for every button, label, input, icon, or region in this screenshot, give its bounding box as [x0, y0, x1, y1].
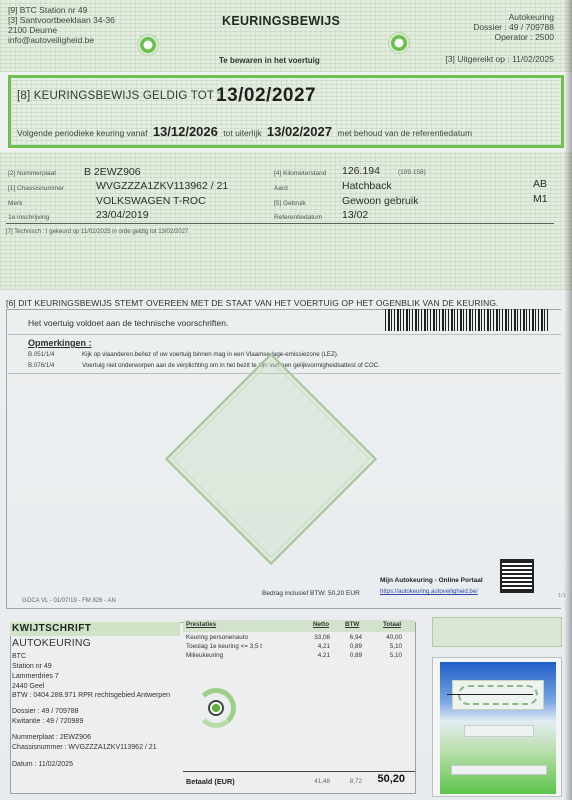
fee-name: Toeslag 1e keuring <= 3,5 t — [186, 643, 262, 650]
chassis-label: [1] Chassisnummer — [8, 185, 64, 192]
body-type-label: Aard — [274, 185, 288, 192]
conformity-result: Het voertuig voldoet aan de technische v… — [28, 318, 228, 328]
receipt-kwitantie: Kwitantie : 49 / 720989 — [12, 718, 83, 725]
receipt-title: KWIJTSCHRIFT — [12, 623, 91, 634]
next-mid: tot uiterlijk — [223, 128, 261, 138]
previous-mileage: (109.158) — [398, 169, 426, 176]
document-subtitle: Te bewaren in het voertuig — [219, 56, 320, 65]
barcode — [385, 309, 550, 331]
remark-text: Voertuig niet onderworpen aan de verplic… — [82, 362, 380, 369]
validity-date: 13/02/2027 — [216, 85, 316, 107]
receipt-vat-number: BTW : 0404.288.971 RPR rechtsgebied Antw… — [12, 692, 170, 699]
dossier-number: Dossier : 49 / 709788 — [473, 22, 554, 32]
station-email: info@autoveiligheid.be — [8, 35, 115, 45]
page-edge-shadow — [564, 0, 572, 800]
fees-table-header — [183, 620, 415, 632]
receipt-subtitle: AUTOKEURING — [12, 637, 91, 649]
reference-date-value: 13/02 — [342, 209, 368, 221]
fee-btw: 0,89 — [322, 643, 362, 650]
receipt-plate: Nummerplaat : 2EWZ906 — [12, 734, 91, 741]
stub-field — [451, 765, 547, 775]
remarks-title: Opmerkingen : — [28, 338, 92, 348]
next-inspection: Volgende periodieke keuring vanaf 13/12/… — [17, 124, 472, 139]
make-value: VOLKSWAGEN T-ROC — [96, 195, 206, 207]
plate-label: [2] Nummerplaat — [8, 170, 56, 177]
validity-label: [8] KEURINGSBEWIJS GELDIG TOT : — [17, 90, 221, 102]
usage-label: [5] Gebruik — [274, 200, 306, 207]
receipt-address-line: BTC — [12, 653, 26, 660]
chassis-value: WVGZZZA1ZKV113962 / 21 — [96, 180, 228, 192]
inspection-certificate: [9] BTC Station nr 49 [3] Santvoortbeekl… — [0, 0, 572, 800]
next-until-date: 13/02/2027 — [267, 124, 332, 139]
eye-logo-icon — [388, 32, 410, 54]
next-suffix: met behoud van de referentiedatum — [337, 128, 472, 138]
fee-total: 40,00 — [362, 634, 402, 641]
plate-value: B 2EWZ906 — [84, 166, 141, 178]
dossier-info: Autokeuring Dossier : 49 / 709788 Operat… — [473, 12, 554, 42]
station-address: [9] BTC Station nr 49 [3] Santvoortbeekl… — [8, 5, 115, 45]
vehicle-category: M1 — [533, 193, 548, 205]
receipt-date: Datum : 11/02/2025 — [12, 761, 73, 768]
stub-line — [447, 694, 533, 695]
first-registration-value: 23/04/2019 — [96, 209, 149, 221]
eye-logo-icon — [196, 688, 236, 728]
col-services: Prestaties — [186, 621, 216, 628]
next-from-date: 13/12/2026 — [153, 124, 218, 139]
fee-btw: 0,89 — [322, 652, 362, 659]
conformity-statement: [6] DIT KEURINGSBEWIJS STEMT OVEREEN MET… — [6, 298, 499, 308]
stub-emblem-ring — [458, 685, 538, 705]
dossier-type: Autokeuring — [473, 12, 554, 22]
col-total: Totaal — [383, 621, 401, 628]
fee-total: 5,10 — [362, 652, 402, 659]
remark-code: B.076/1/4 — [28, 362, 55, 369]
remark-code: B.051/1/4 — [28, 351, 55, 358]
remark-text: Kijk op vlaanderen.be/lez of uw voertuig… — [82, 351, 339, 358]
eye-logo-icon — [137, 34, 159, 56]
body-type-value: Hatchback — [342, 180, 392, 192]
fee-name: Milieukeuring — [186, 652, 223, 659]
mileage-value: 126.194 — [342, 165, 380, 177]
next-prefix: Volgende periodieke keuring vanaf — [17, 128, 147, 138]
make-label: Merk — [8, 200, 22, 207]
technical-status: [7] Technisch : I gekeurd op 11/02/2025 … — [6, 229, 188, 235]
portal-title: Mijn Autokeuring - Online Portaal — [380, 577, 483, 584]
divider — [6, 223, 554, 224]
receipt-address-line: Station nr 49 — [12, 663, 52, 670]
fee-name: Keuring personenauto — [186, 634, 248, 641]
mileage-label: [4] Kilometerstand — [274, 170, 326, 177]
station-line: 2100 Deurne — [8, 25, 115, 35]
reference-date-label: Referentiedatum — [274, 214, 322, 221]
col-btw: BTW — [345, 621, 359, 628]
portal-link[interactable]: https://autokeuring.autoveiligheid.be/ — [380, 589, 478, 595]
amount-incl-vat: Bedrag inclusief BTW: 50,20 EUR — [262, 590, 360, 597]
usage-value: Gewoon gebruik — [342, 195, 418, 207]
stub-field — [464, 725, 534, 737]
first-registration-label: 1e inschrijving — [8, 214, 49, 221]
receipt-dossier: Dossier : 49 / 709788 — [12, 708, 79, 715]
qr-code — [500, 559, 534, 593]
operator: Operator : 2500 — [473, 32, 554, 42]
receipt-chassis: Chassisnummer : WVGZZZA1ZKV113962 / 21 — [12, 744, 157, 751]
fee-total: 5,10 — [362, 643, 402, 650]
validity-box: [8] KEURINGSBEWIJS GELDIG TOT : 13/02/20… — [8, 75, 564, 148]
document-title: KEURINGSBEWIJS — [222, 14, 340, 28]
paid-label: Betaald (EUR) — [186, 777, 235, 786]
receipt-address-line: 2440 Geel — [12, 683, 44, 690]
divider — [183, 771, 415, 772]
stub-header — [432, 617, 562, 647]
station-line: [3] Santvoortbeeklaan 34-36 — [8, 15, 115, 25]
fee-btw: 6,94 — [322, 634, 362, 641]
body-type-code: AB — [533, 178, 547, 190]
paid-total: 50,20 — [355, 773, 405, 785]
col-netto: Netto — [313, 621, 329, 628]
receipt-address-line: Lammerdries 7 — [12, 673, 59, 680]
station-line: [9] BTC Station nr 49 — [8, 5, 115, 15]
issued-date: [3] Uitgereikt op : 11/02/2025 — [445, 54, 554, 64]
form-code: GOCA VL - 01/07/19 - FM 826 - AN — [22, 598, 116, 604]
